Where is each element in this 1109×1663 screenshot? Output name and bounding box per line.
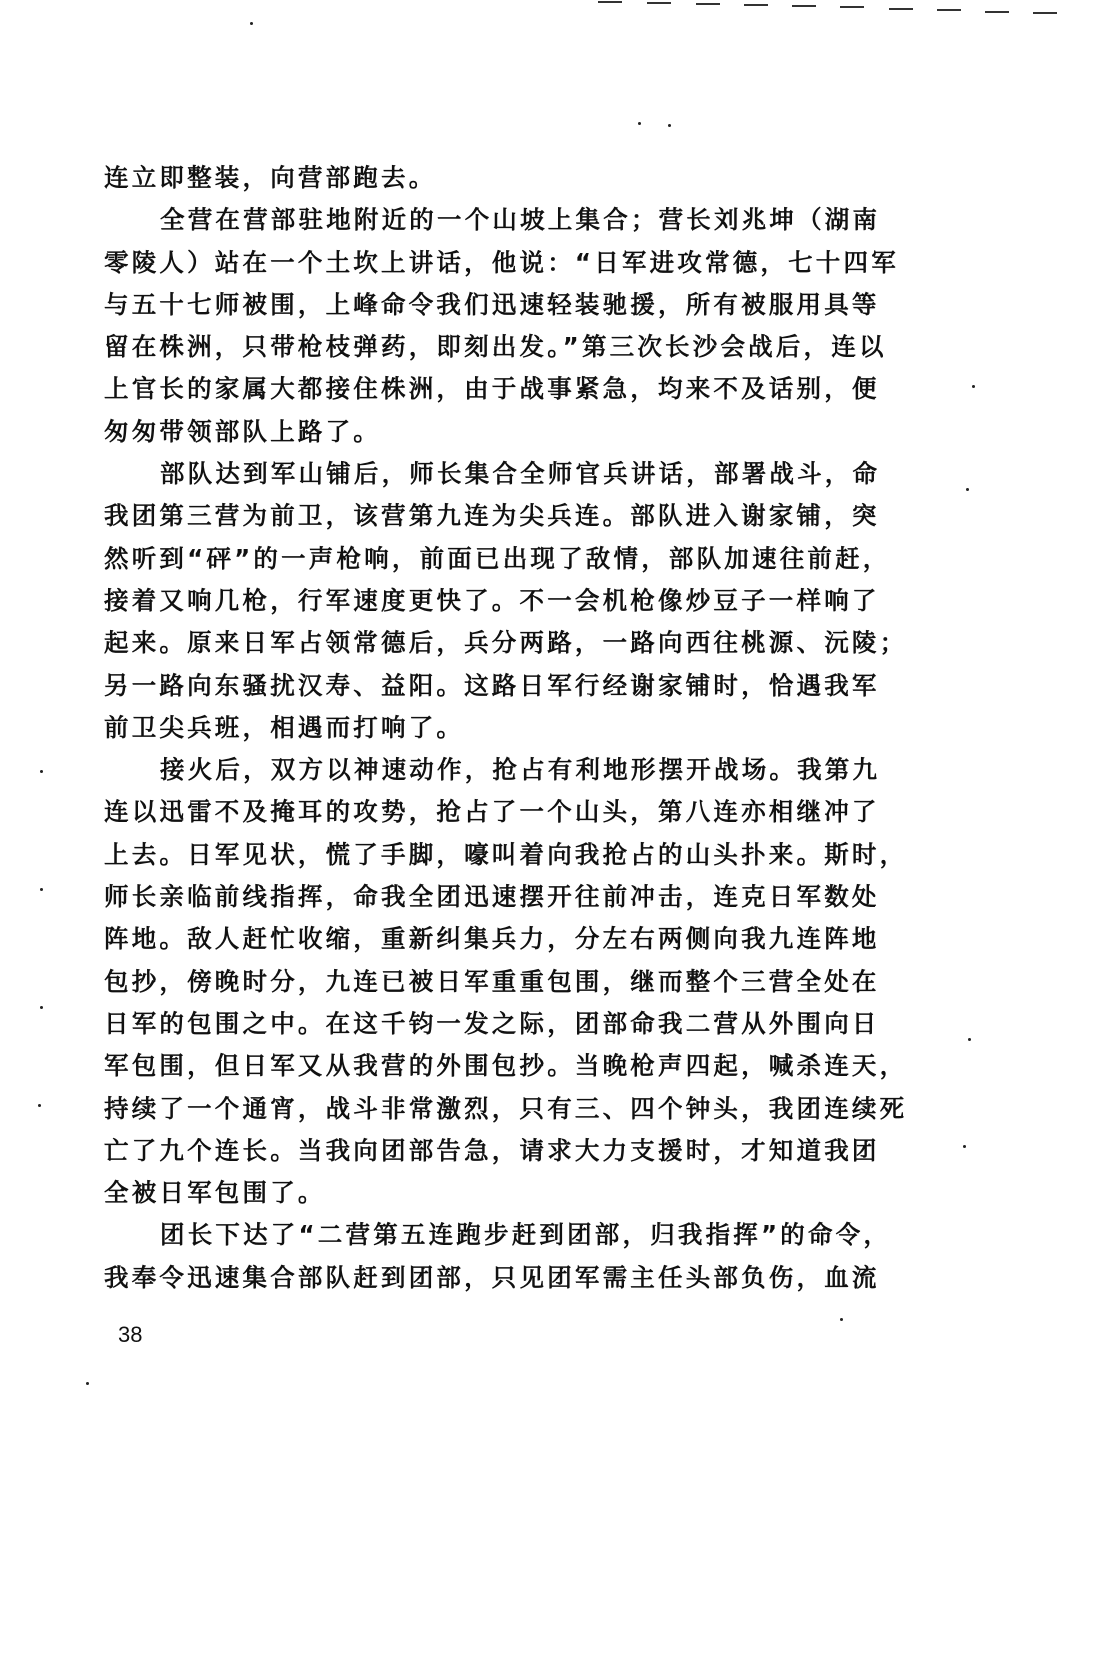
scan-speck	[250, 22, 253, 25]
dash-mark	[1033, 12, 1057, 14]
text-line: 留在株洲，只带枪枝弹药，即刻出发。”第三次长沙会战后，连以	[104, 326, 864, 368]
dash-mark	[598, 1, 622, 3]
text-line: 日军的包围之中。在这千钧一发之际，团部命我二营从外围向日	[104, 1003, 864, 1045]
text-line: 起来。原来日军占领常德后，兵分两路，一路向西往桃源、沅陵；	[104, 622, 864, 664]
document-page-body: 连立即整装，向营部跑去。 全营在营部驻地附近的一个山坡上集合；营长刘兆坤（湖南 …	[104, 157, 864, 1299]
dash-mark	[937, 9, 961, 11]
text-line: 团长下达了“二营第五连跑步赶到团部，归我指挥”的命令，	[104, 1214, 864, 1256]
text-line: 前卫尖兵班，相遇而打响了。	[104, 707, 864, 749]
text-line: 与五十七师被围，上峰命令我们迅速轻装驰援，所有被服用具等	[104, 284, 864, 326]
text-line: 上去。日军见状，慌了手脚，嚎叫着向我抢占的山头扑来。斯时，	[104, 834, 864, 876]
scan-speck	[968, 1038, 971, 1041]
text-line: 军包围，但日军又从我营的外围包抄。当晚枪声四起，喊杀连天，	[104, 1045, 864, 1087]
text-line: 我奉令迅速集合部队赶到团部，只见团军需主任头部负伤，血流	[104, 1257, 864, 1299]
text-line: 零陵人）站在一个土坎上讲话，他说：“日军进攻常德，七十四军	[104, 242, 864, 284]
dash-mark	[792, 5, 816, 7]
scan-speck	[40, 770, 43, 773]
scan-speck	[840, 1318, 843, 1321]
text-line: 师长亲临前线指挥，命我全团迅速摆开往前冲击，连克日军数处	[104, 876, 864, 918]
text-line: 接着又响几枪，行军速度更快了。不一会机枪像炒豆子一样响了	[104, 580, 864, 622]
scan-speck	[638, 122, 641, 125]
text-line: 全营在营部驻地附近的一个山坡上集合；营长刘兆坤（湖南	[104, 199, 864, 241]
text-line: 上官长的家属大都接住株洲，由于战事紧急，均来不及话别，便	[104, 368, 864, 410]
scan-speck	[966, 488, 969, 491]
dash-mark	[985, 11, 1009, 13]
text-line: 连立即整装，向营部跑去。	[104, 157, 864, 199]
text-line: 接火后，双方以神速动作，抢占有利地形摆开战场。我第九	[104, 749, 864, 791]
dash-mark	[889, 8, 913, 10]
dash-mark	[744, 4, 768, 6]
scan-speck	[38, 1104, 41, 1107]
text-line: 阵地。敌人赶忙收缩，重新纠集兵力，分左右两侧向我九连阵地	[104, 918, 864, 960]
text-line: 部队达到军山铺后，师长集合全师官兵讲话，部署战斗，命	[104, 453, 864, 495]
text-line: 亡了九个连长。当我向团部告急，请求大力支援时，才知道我团	[104, 1130, 864, 1172]
text-line: 另一路向东骚扰汉寿、益阳。这路日军行经谢家铺时，恰遇我军	[104, 665, 864, 707]
scan-speck	[86, 1382, 89, 1385]
scan-speck	[972, 385, 975, 388]
text-line: 包抄，傍晚时分，九连已被日军重重包围，继而整个三营全处在	[104, 961, 864, 1003]
dash-mark	[647, 2, 671, 4]
scan-speck	[668, 124, 671, 127]
top-edge-dashes	[590, 0, 1109, 20]
text-line: 全被日军包围了。	[104, 1172, 864, 1214]
dash-mark	[696, 3, 720, 5]
scan-speck	[40, 888, 43, 891]
text-line: 然听到“砰”的一声枪响，前面已出现了敌情，部队加速往前赶，	[104, 538, 864, 580]
text-line: 匆匆带领部队上路了。	[104, 411, 864, 453]
scan-speck	[40, 1006, 43, 1009]
text-line: 持续了一个通宵，战斗非常激烈，只有三、四个钟头，我团连续死	[104, 1088, 864, 1130]
text-line: 我团第三营为前卫，该营第九连为尖兵连。部队进入谢家铺，突	[104, 495, 864, 537]
scan-speck	[963, 1145, 966, 1148]
text-line: 连以迅雷不及掩耳的攻势，抢占了一个山头，第八连亦相继冲了	[104, 791, 864, 833]
page-number: 38	[118, 1322, 142, 1348]
dash-mark	[840, 6, 864, 8]
